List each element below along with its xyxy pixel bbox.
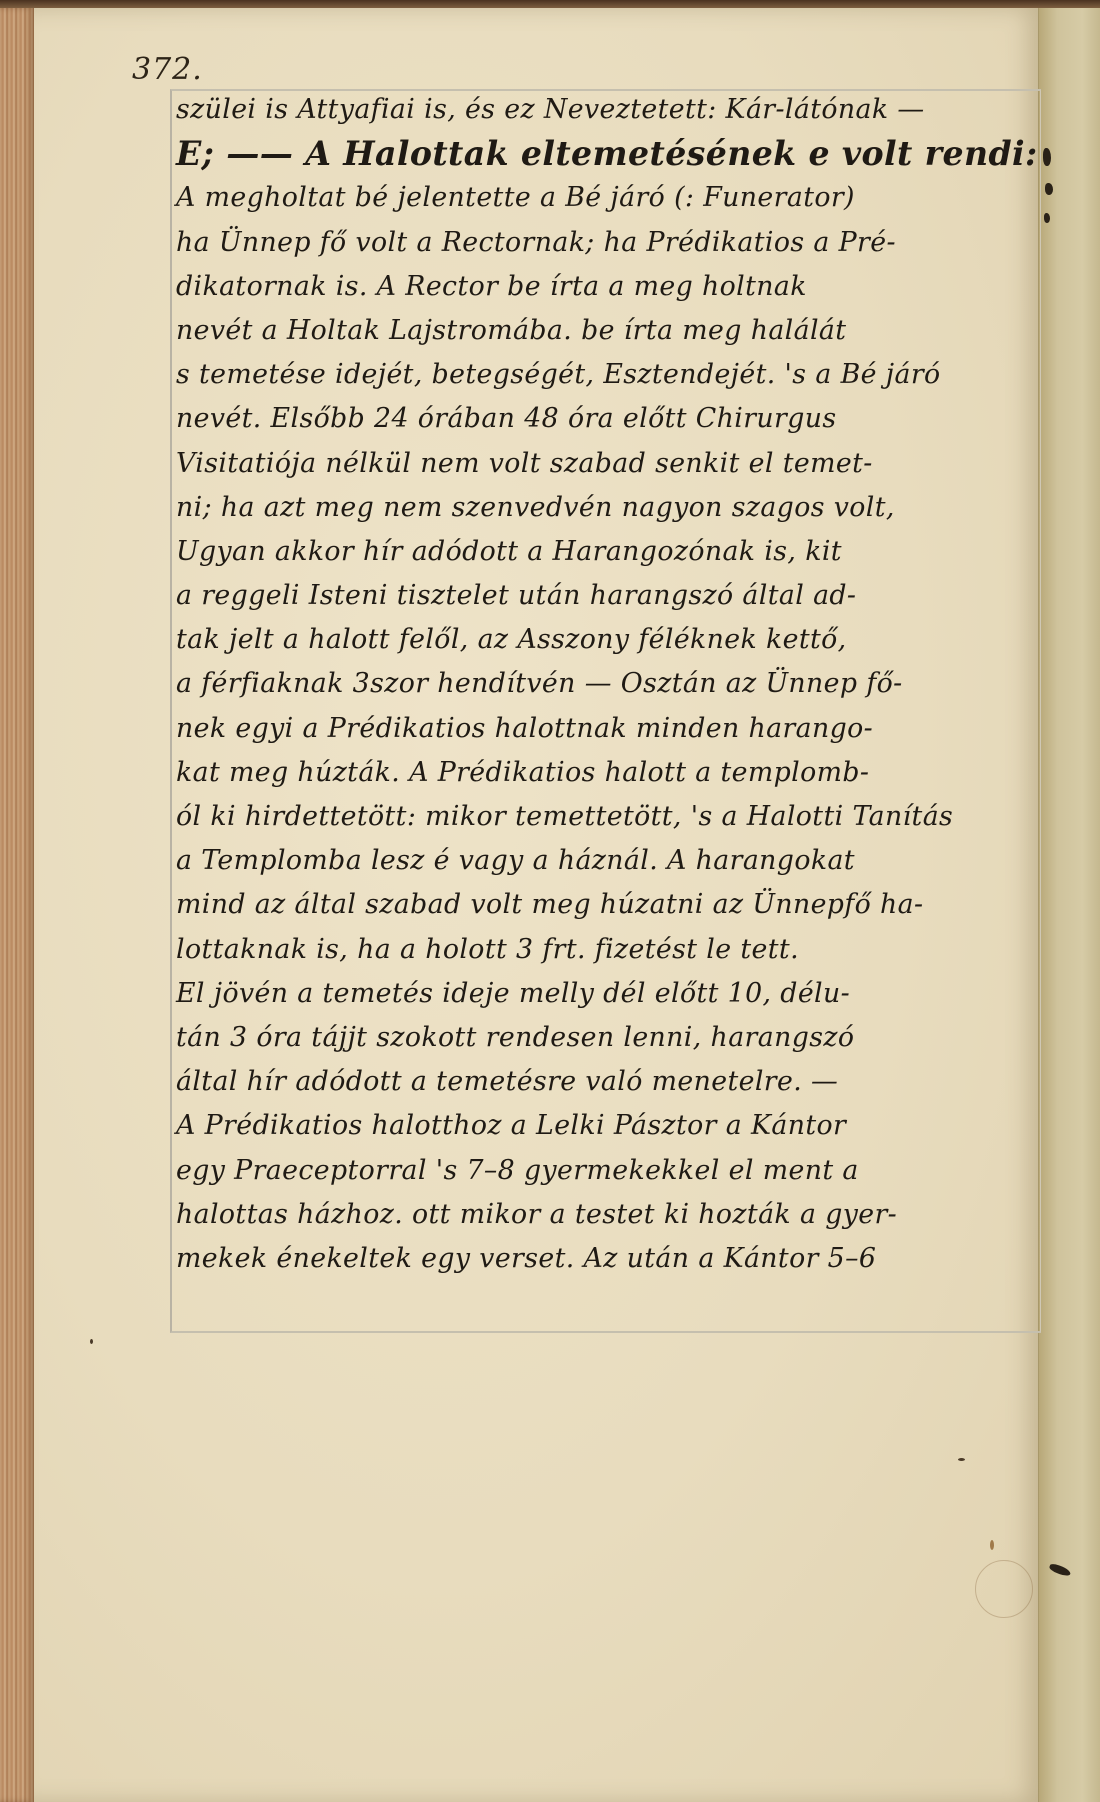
text-line: Visitatiója nélkül nem volt szabad senki… [176, 442, 1038, 486]
text-line: Ugyan akkor hír adódott a Harangozónak i… [176, 530, 1038, 574]
text-line: által hír adódott a temetésre való menet… [176, 1060, 1038, 1104]
paper-speck [90, 1339, 93, 1344]
section-heading: E; —— A Halottak eltemetésének e volt re… [176, 132, 1024, 176]
text-line: nek egyi a Prédikatios halottnak minden … [176, 707, 1038, 751]
text-line: kat meg húzták. A Prédikatios halott a t… [176, 751, 1038, 795]
page-number: 372. [132, 52, 203, 87]
text-line: halottas házhoz. ott mikor a testet ki h… [176, 1193, 1038, 1237]
text-line: A megholtat bé jelentette a Bé járó (: F… [176, 176, 1038, 220]
text-line: a reggeli Isteni tisztelet után harangsz… [176, 574, 1038, 618]
text-line: dikatornak is. A Rector be írta a meg ho… [176, 265, 1038, 309]
text-line: ha Ünnep fő volt a Rectornak; ha Prédika… [176, 221, 1038, 265]
ink-bleed-mark [1048, 1562, 1071, 1577]
text-line: s temetése idejét, betegségét, Esztendej… [176, 353, 1038, 397]
text-line: tak jelt a halott felől, az Asszony félé… [176, 618, 1038, 662]
text-line: A Prédikatios halotthoz a Lelki Pásztor … [176, 1104, 1038, 1148]
text-line: tán 3 óra tájjt szokott rendesen lenni, … [176, 1016, 1038, 1060]
text-line: a Templomba lesz é vagy a háznál. A hara… [176, 839, 1038, 883]
book-gutter [1038, 8, 1100, 1802]
text-line: nevét a Holtak Lajstromába. be írta meg … [176, 309, 1038, 353]
text-line: a férfiaknak 3szor hendítvén — Osztán az… [176, 662, 1038, 706]
text-line: ól ki hirdettetött: mikor temettetött, '… [176, 795, 1038, 839]
paper-speck [958, 1458, 965, 1461]
text-line: szülei is Attyafiai is, és ez Neveztetet… [176, 88, 1038, 132]
text-line: ni; ha azt meg nem szenvedvén nagyon sza… [176, 486, 1038, 530]
text-line: nevét. Elsőbb 24 órában 48 óra előtt Chi… [176, 397, 1038, 441]
page-fore-edge [0, 8, 34, 1802]
paper-speck [990, 1540, 994, 1550]
text-line: mekek énekeltek egy verset. Az után a Ká… [176, 1237, 1038, 1281]
text-line: mind az által szabad volt meg húzatni az… [176, 883, 1038, 927]
text-line: El jövén a temetés ideje melly dél előtt… [176, 972, 1038, 1016]
book-scan: 372. szülei is Attyafiai is, és ez Nevez… [0, 0, 1100, 1802]
foxing-stain [975, 1560, 1033, 1618]
manuscript-text: szülei is Attyafiai is, és ez Neveztetet… [176, 88, 1046, 1281]
ink-bleed-mark [1045, 183, 1053, 195]
text-line: lottaknak is, ha a holott 3 frt. fizetés… [176, 928, 1038, 972]
text-line: egy Praeceptorral 's 7–8 gyermekekkel el… [176, 1149, 1038, 1193]
